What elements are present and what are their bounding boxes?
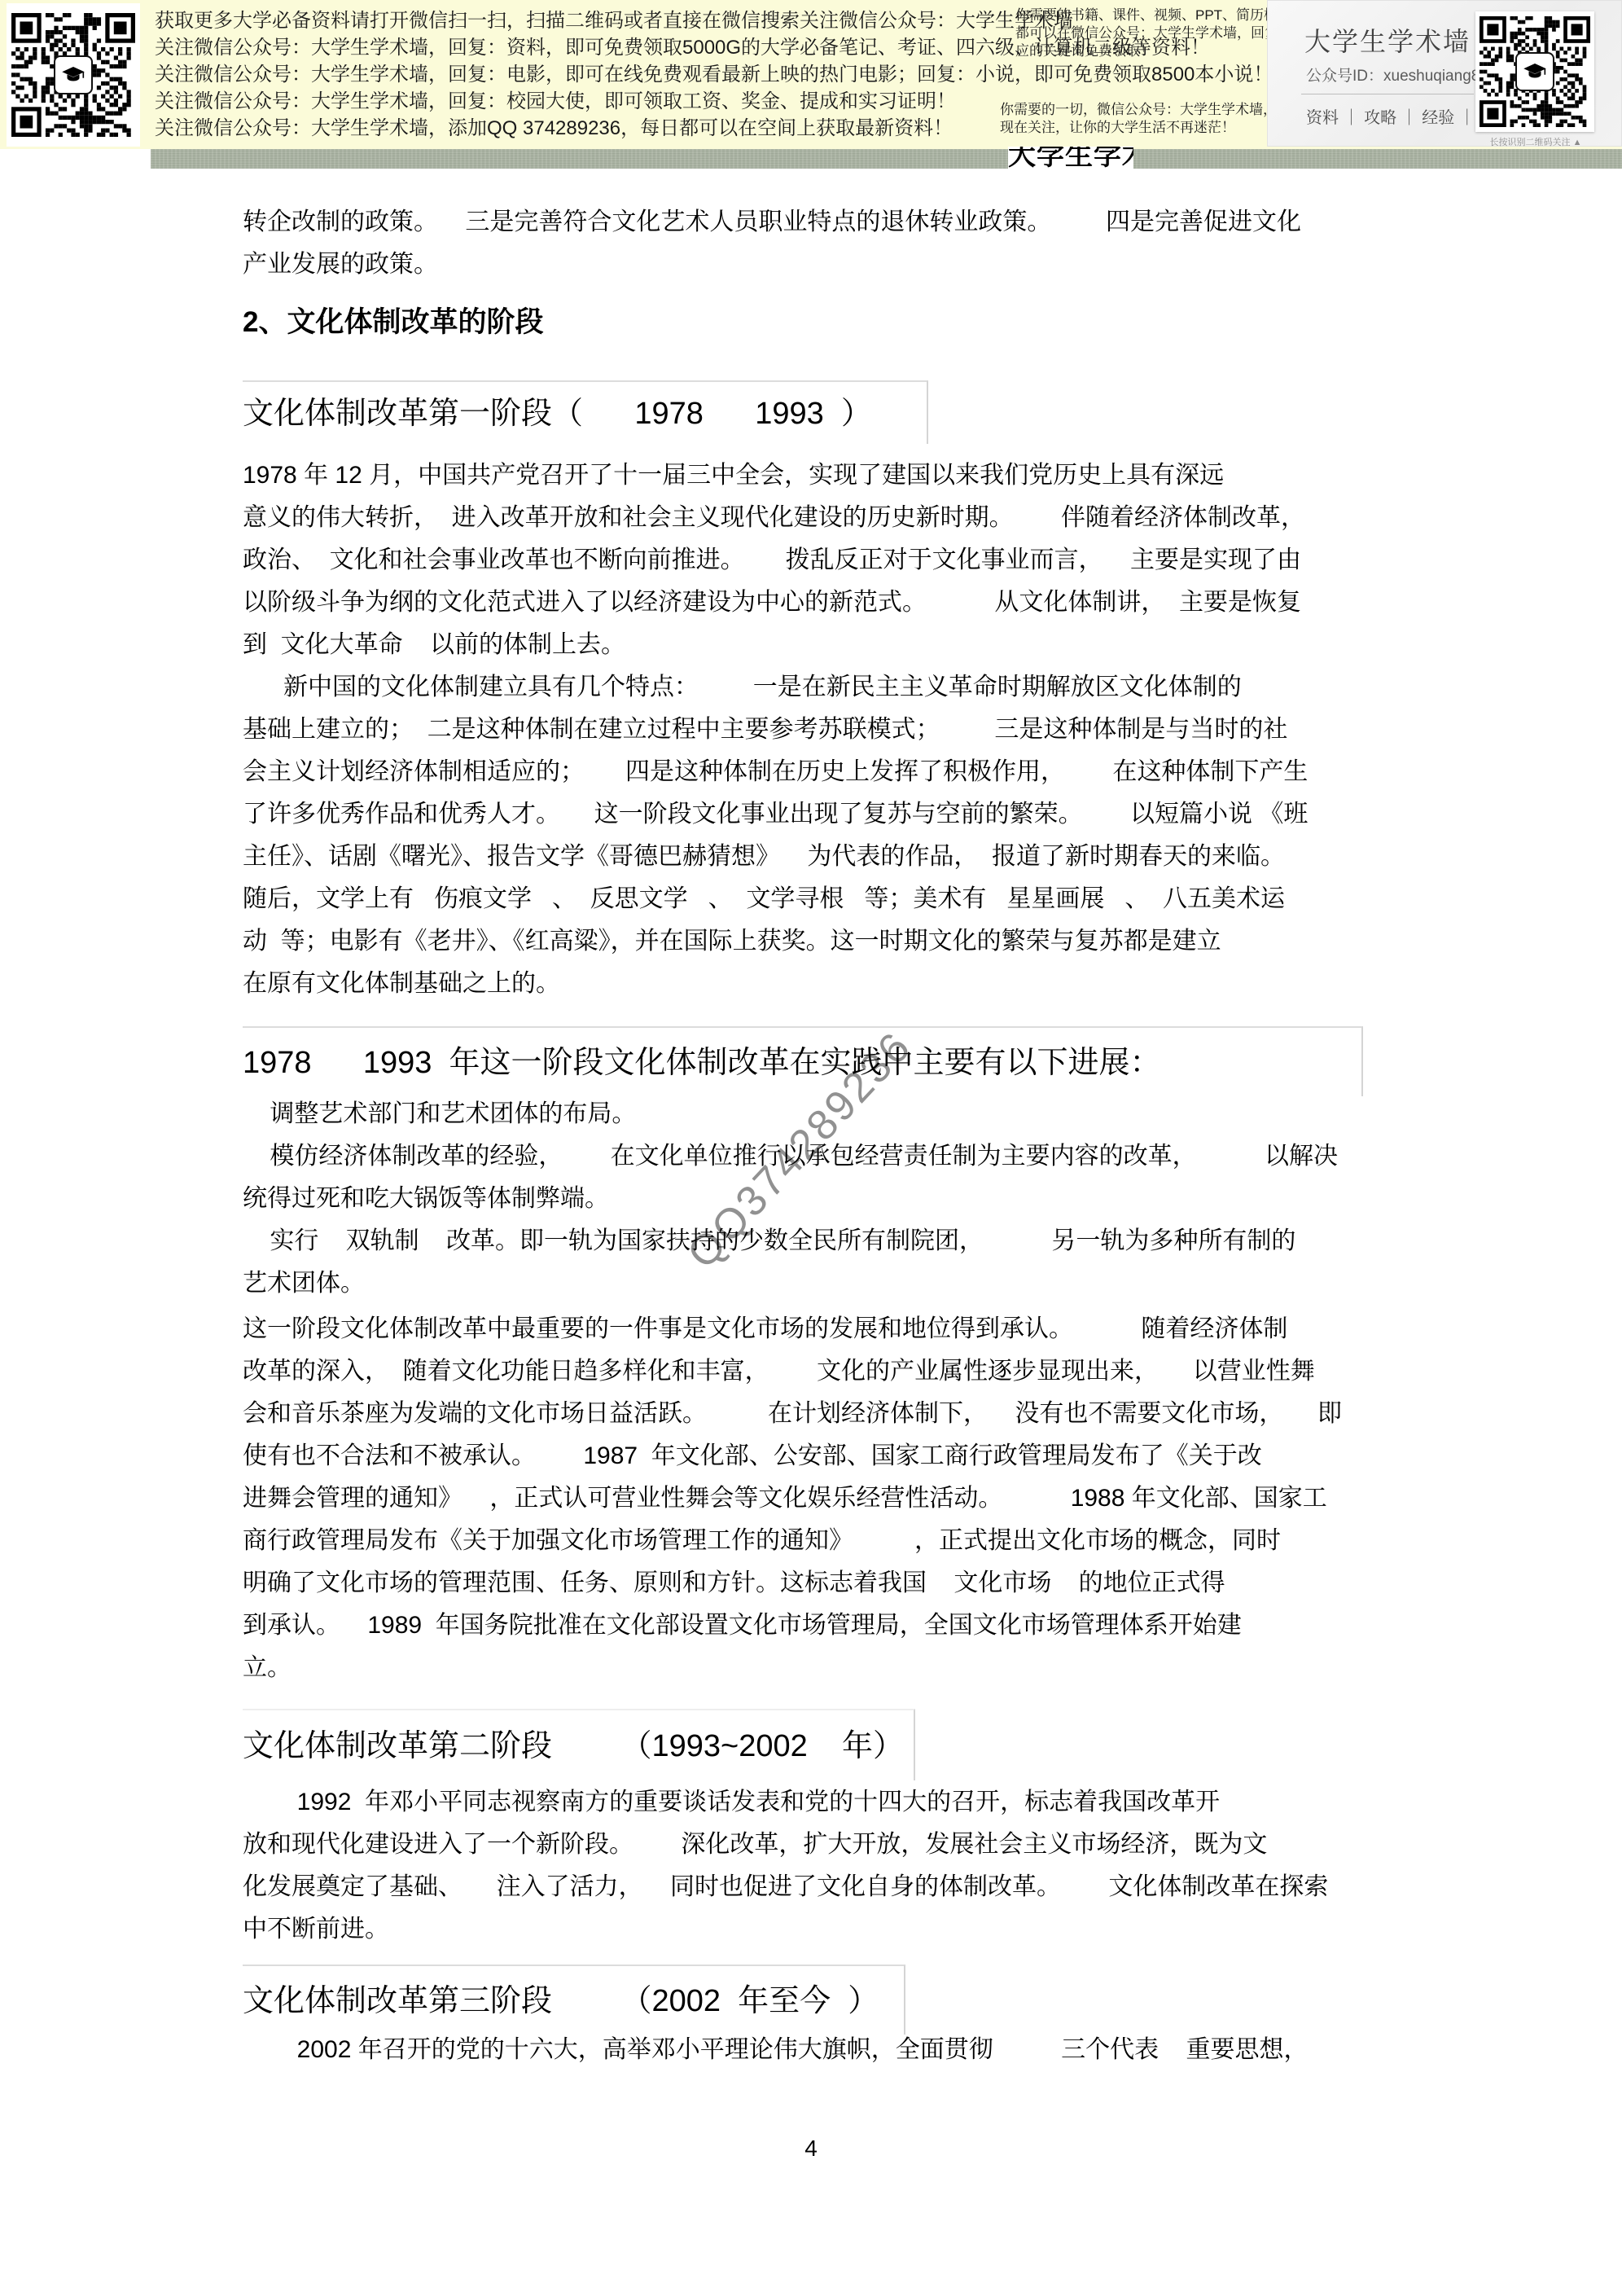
text-line: 基础上建立的； 二是这种体制在建立过程中主要参考苏联模式； 三是这种体制是与当时… bbox=[243, 709, 1407, 751]
page-number: 4 bbox=[0, 2127, 1622, 2170]
text-line: 商行政管理局发布《关于加强文化市场管理工作的通知》 ，正式提出文化市场的概念，同… bbox=[243, 1520, 1407, 1562]
list-item: 统得过死和吃大锅饭等体制弊端。 bbox=[243, 1178, 1407, 1220]
text-line: 1978 年 12 月，中国共产党召开了十一届三中全会，实现了建国以来我们党历史… bbox=[243, 454, 1407, 497]
paragraph-stage1-a: 1978 年 12 月，中国共产党召开了十一届三中全会，实现了建国以来我们党历史… bbox=[243, 454, 1407, 666]
document-page: 获取更多大学必备资料请打开微信扫一扫，扫描二维码或者直接在微信搜索关注微信公众号… bbox=[0, 0, 1622, 2296]
text-line: 到 文化大革命 以前的体制上去。 bbox=[243, 624, 1407, 666]
text-line: 进舞会管理的通知》 ，正式认可营业性舞会等文化娱乐经营性活动。 1988 年文化… bbox=[243, 1477, 1407, 1520]
text-line: 会和音乐茶座为发端的文化市场日益活跃。 在计划经济体制下， 没有也不需要文化市场… bbox=[243, 1393, 1407, 1435]
text-line: 新中国的文化体制建立具有几个特点： 一是在新民主主义革命时期解放区文化体制的 bbox=[243, 666, 1407, 709]
list-item: 艺术团体。 bbox=[243, 1262, 1407, 1305]
text-line: 意义的伟大转折， 进入改革开放和社会主义现代化建设的历史新时期。 伴随着经济体制… bbox=[243, 497, 1407, 539]
text-line: 以阶级斗争为纲的文化范式进入了以经济建设为中心的新范式。 从文化体制讲， 主要是… bbox=[243, 582, 1407, 624]
text-line: 放和现代化建设进入了一个新阶段。 深化改革，扩大开放，发展社会主义市场经济，既为… bbox=[243, 1824, 1407, 1866]
section-title-stages: 2、文化体制改革的阶段 bbox=[243, 303, 543, 342]
text-line: 了许多优秀作品和优秀人才。 这一阶段文化事业出现了复苏与空前的繁荣。 以短篇小说… bbox=[243, 793, 1407, 836]
text-line: 在原有文化体制基础之上的。 bbox=[243, 963, 1407, 1005]
text-line: 使有也不合法和不被承认。 1987 年文化部、公安部、国家工商行政管理局发布了《… bbox=[243, 1435, 1407, 1477]
list-item: 实行 双轨制 改革。即一轨为国家扶持的少数全民所有制院团， 另一轨为多种所有制的 bbox=[243, 1220, 1407, 1262]
text-line: 政治、 文化和社会事业改革也不断向前推进。 拨乱反正对于文化事业而言， 主要是实… bbox=[243, 539, 1407, 582]
document-body: QQ374289236 转企改制的政策。 三是完善符合文化艺术人员职业特点的退休… bbox=[0, 0, 1622, 2296]
text-line: 转企改制的政策。 三是完善符合文化艺术人员职业特点的退休转业政策。 四是完善促进… bbox=[243, 201, 1407, 244]
heading-stage3: 文化体制改革第三阶段 （2002 年至今 ） bbox=[243, 1965, 905, 2035]
text-line: 会主义计划经济体制相适应的； 四是这种体制在历史上发挥了积极作用， 在这种体制下… bbox=[243, 751, 1407, 793]
text-line: 产业发展的政策。 bbox=[243, 244, 1407, 286]
paragraph-stage1-b: 新中国的文化体制建立具有几个特点： 一是在新民主主义革命时期解放区文化体制的 基… bbox=[243, 666, 1407, 1005]
paragraph-market: 这一阶段文化体制改革中最重要的一件事是文化市场的发展和地位得到承认。 随着经济体… bbox=[243, 1308, 1407, 1689]
paragraph-intro: 转企改制的政策。 三是完善符合文化艺术人员职业特点的退休转业政策。 四是完善促进… bbox=[243, 201, 1407, 286]
heading-stage1: 文化体制改革第一阶段（ 1978 1993 ） bbox=[243, 380, 928, 444]
text-line: 这一阶段文化体制改革中最重要的一件事是文化市场的发展和地位得到承认。 随着经济体… bbox=[243, 1308, 1407, 1350]
text-line: 主任》、话剧《曙光》、报告文学《哥德巴赫猜想》 为代表的作品， 报道了新时期春天… bbox=[243, 836, 1407, 878]
list-item: 调整艺术部门和艺术团体的布局。 bbox=[243, 1093, 1407, 1135]
text-line: 动 等；电影有《老井》、《红高粱》，并在国际上获奖。这一时期文化的繁荣与复苏都是… bbox=[243, 920, 1407, 963]
text-line: 改革的深入， 随着文化功能日趋多样化和丰富， 文化的产业属性逐步显现出来， 以营… bbox=[243, 1350, 1407, 1393]
text-line: 到承认。 1989 年国务院批准在文化部设置文化市场管理局，全国文化市场管理体系… bbox=[243, 1605, 1407, 1647]
heading-stage2: 文化体制改革第二阶段 （1993~2002 年） bbox=[243, 1709, 915, 1780]
text-line: 随后，文学上有 伤痕文学 、 反思文学 、 文学寻根 等；美术有 星星画展 、 … bbox=[243, 878, 1407, 920]
paragraph-stage2: 1992 年邓小平同志视察南方的重要谈话发表和党的十四大的召开，标志着我国改革开… bbox=[243, 1781, 1407, 1951]
heading-stage1-progress: 1978 1993 年这一阶段文化体制改革在实践中主要有以下进展： bbox=[243, 1026, 1363, 1096]
list-item: 模仿经济体制改革的经验， 在文化单位推行以承包经营责任制为主要内容的改革， 以解… bbox=[243, 1135, 1407, 1178]
text-line: 明确了文化市场的管理范围、任务、原则和方针。这标志着我国 文化市场 的地位正式得 bbox=[243, 1562, 1407, 1605]
text-line: 化发展奠定了基础、 注入了活力， 同时也促进了文化自身的体制改革。 文化体制改革… bbox=[243, 1866, 1407, 1908]
paragraph-stage3: 2002 年召开的党的十六大，高举邓小平理论伟大旗帜，全面贯彻 三个代表 重要思… bbox=[243, 2029, 1407, 2071]
text-line: 立。 bbox=[243, 1647, 1407, 1689]
text-line: 中不断前进。 bbox=[243, 1908, 1407, 1951]
progress-list: 调整艺术部门和艺术团体的布局。 模仿经济体制改革的经验， 在文化单位推行以承包经… bbox=[243, 1093, 1407, 1305]
text-line: 2002 年召开的党的十六大，高举邓小平理论伟大旗帜，全面贯彻 三个代表 重要思… bbox=[243, 2029, 1407, 2071]
text-line: 1992 年邓小平同志视察南方的重要谈话发表和党的十四大的召开，标志着我国改革开 bbox=[243, 1781, 1407, 1824]
